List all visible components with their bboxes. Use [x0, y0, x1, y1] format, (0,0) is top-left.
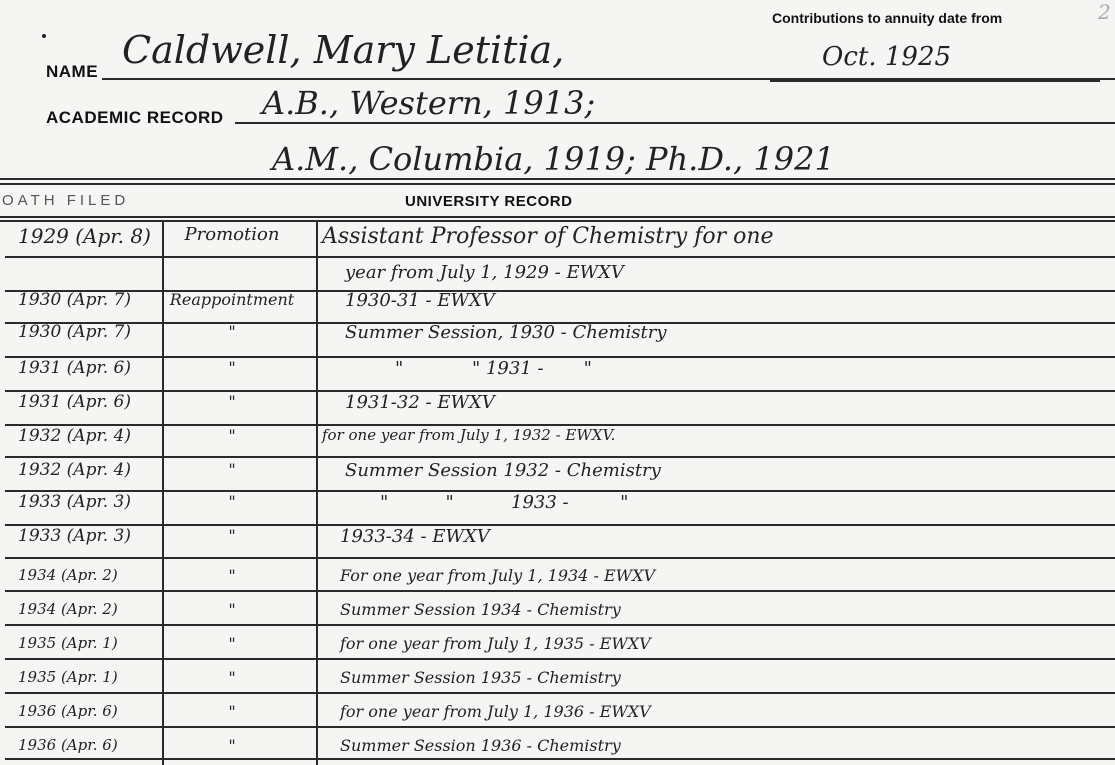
table-row: 1936 (Apr. 6) " Summer Session 1936 - Ch… — [0, 736, 1115, 764]
record-detail: For one year from July 1, 1934 - EWXV — [340, 566, 1115, 585]
record-date: 1932 (Apr. 4) — [18, 426, 148, 446]
academic-label: ACADEMIC RECORD — [46, 108, 224, 128]
row-line — [5, 590, 1115, 592]
record-action: " — [152, 600, 312, 619]
record-date: 1933 (Apr. 3) — [18, 526, 148, 546]
record-action: " — [152, 526, 312, 545]
record-date: 1936 (Apr. 6) — [18, 736, 148, 754]
record-date: 1935 (Apr. 1) — [18, 634, 148, 652]
record-detail: " " 1931 - " — [395, 358, 1115, 379]
record-action: " — [152, 702, 312, 721]
record-detail: for one year from July 1, 1936 - EWXV — [340, 702, 1115, 721]
table-row: 1931 (Apr. 6) " " " 1931 - " — [0, 358, 1115, 386]
section-divider-top — [0, 183, 1115, 185]
record-date: 1936 (Apr. 6) — [18, 702, 148, 720]
contributions-label: Contributions to annuity date from — [772, 10, 1002, 26]
row-line — [5, 692, 1115, 694]
record-date: 1934 (Apr. 2) — [18, 600, 148, 618]
record-action: " — [152, 426, 312, 445]
table-row: 1932 (Apr. 4) " for one year from July 1… — [0, 426, 1115, 454]
record-detail: 1930-31 - EWXV — [345, 290, 1115, 311]
row-line — [5, 726, 1115, 728]
academic-underline-2 — [0, 178, 1115, 180]
record-detail: " " 1933 - " — [380, 492, 1115, 513]
record-action: " — [152, 358, 312, 377]
section-divider-bottom — [0, 216, 1115, 218]
record-detail: Summer Session 1932 - Chemistry — [345, 460, 1115, 481]
record-date: 1929 (Apr. 8) — [18, 224, 148, 248]
record-detail: Summer Session, 1930 - Chemistry — [345, 322, 1115, 343]
oath-filed-label: OATH FILED — [2, 192, 129, 209]
record-detail: 1931-32 - EWXV — [345, 392, 1115, 413]
academic-line-1: A.B., Western, 1913; — [262, 84, 595, 122]
contributions-value: Oct. 1925 — [822, 42, 951, 72]
record-detail: for one year from July 1, 1935 - EWXV — [340, 634, 1115, 653]
record-action: " — [152, 392, 312, 411]
record-detail: Summer Session 1936 - Chemistry — [340, 736, 1115, 755]
record-action: " — [152, 492, 312, 511]
record-date: 1932 (Apr. 4) — [18, 460, 148, 480]
table-row: year from July 1, 1929 - EWXV — [0, 262, 1115, 290]
academic-line-2: A.M., Columbia, 1919; Ph.D., 1921 — [272, 140, 835, 178]
academic-label-text: ACADEMIC RECORD — [46, 108, 224, 127]
record-date: 1931 (Apr. 6) — [18, 392, 148, 412]
record-action: " — [152, 736, 312, 755]
record-detail: Summer Session 1934 - Chemistry — [340, 600, 1115, 619]
record-date: 1933 (Apr. 3) — [18, 492, 148, 512]
row-line — [5, 456, 1115, 458]
row-line — [5, 624, 1115, 626]
record-action: Promotion — [152, 224, 312, 245]
table-row: 1930 (Apr. 7) " Summer Session, 1930 - C… — [0, 322, 1115, 350]
table-row: 1931 (Apr. 6) " 1931-32 - EWXV — [0, 392, 1115, 420]
record-date: 1930 (Apr. 7) — [18, 322, 148, 342]
corner-mark: 2 — [1098, 0, 1111, 24]
record-detail: for one year from July 1, 1932 - EWXV. — [322, 426, 1102, 444]
table-row: 1933 (Apr. 3) " " " 1933 - " — [0, 492, 1115, 520]
row-line — [5, 557, 1115, 559]
record-detail: Assistant Professor of Chemistry for one — [322, 224, 1102, 249]
university-record-label: UNIVERSITY RECORD — [405, 193, 572, 210]
table-row: 1932 (Apr. 4) " Summer Session 1932 - Ch… — [0, 460, 1115, 488]
record-action: " — [152, 566, 312, 585]
table-row: 1929 (Apr. 8) Promotion Assistant Profes… — [0, 224, 1115, 252]
record-detail: Summer Session 1935 - Chemistry — [340, 668, 1115, 687]
record-detail: 1933-34 - EWXV — [340, 526, 1115, 547]
record-card: NAME Caldwell, Mary Letitia, Contributio… — [0, 0, 1115, 765]
record-action: " — [152, 460, 312, 479]
record-action: " — [152, 322, 312, 341]
row-line — [5, 758, 1115, 760]
table-row: 1930 (Apr. 7) Reappointment 1930-31 - EW… — [0, 290, 1115, 318]
record-action: " — [152, 668, 312, 687]
section-divider-bottom-2 — [0, 220, 1115, 222]
record-date: 1935 (Apr. 1) — [18, 668, 148, 686]
row-line — [5, 256, 1115, 258]
record-action: " — [152, 634, 312, 653]
table-row: 1933 (Apr. 3) " 1933-34 - EWXV — [0, 526, 1115, 554]
record-action: Reappointment — [152, 290, 312, 309]
record-detail: year from July 1, 1929 - EWXV — [345, 262, 1115, 283]
name-value: Caldwell, Mary Letitia, — [122, 28, 564, 72]
record-date: 1934 (Apr. 2) — [18, 566, 148, 584]
name-label: NAME — [46, 62, 98, 82]
academic-underline-1 — [235, 122, 1115, 124]
record-date: 1931 (Apr. 6) — [18, 358, 148, 378]
name-label-text: NAME — [46, 62, 98, 81]
record-date: 1930 (Apr. 7) — [18, 290, 148, 310]
row-line — [5, 658, 1115, 660]
punch-dot — [42, 34, 46, 38]
contributions-underline — [770, 80, 1100, 82]
